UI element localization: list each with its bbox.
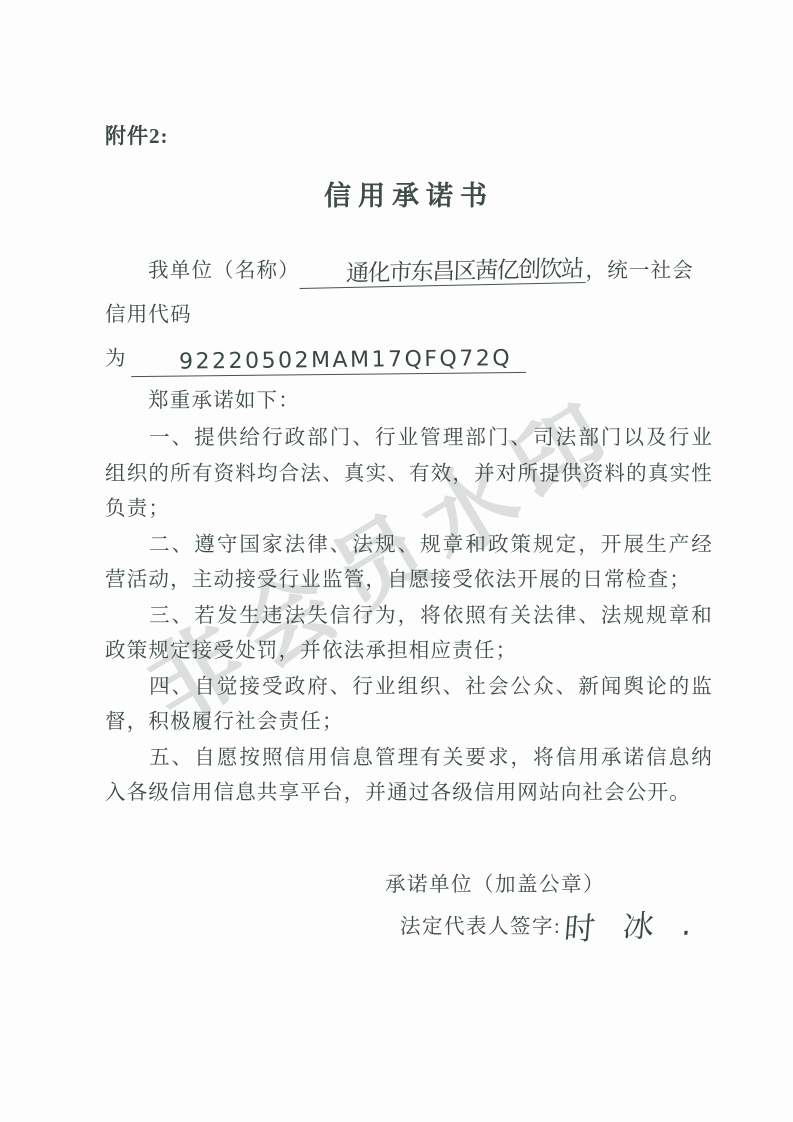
clause-5: 五、自愿按照信用信息管理有关要求，将信用承诺信息纳入各级信用信息共享平台，并通过… [105,741,713,812]
clause-2: 二、遵守国家法律、法规、规章和政策规定，开展生产经营活动，主动接受行业监管，自愿… [105,528,713,599]
credit-code-handwritten: 92220502MAM17QFQ72Q [131,348,526,377]
signature-block: 承诺单位（加盖公章） 法定代表人签字:时 冰 . [385,867,713,943]
signature-unit-line: 承诺单位（加盖公章） [385,867,713,897]
legal-rep-signature-handwritten: 时 冰 . [563,908,702,945]
clause-3: 三、若发生违法失信行为，将依照有关法律、法规规章和政策规定接受处罚，并依法承担相… [105,599,713,670]
company-name-handwritten: 通化市东昌区茜亿创饮站 [300,258,586,289]
intro-prefix: 我单位（名称） [148,260,300,282]
document-page: 非会员水印 附件2: 信用承诺书 我单位（名称）通化市东昌区茜亿创饮站，统一社会… [0,0,793,1122]
clause-4: 四、自觉接受政府、行业组织、社会公众、新闻舆论的监督，积极履行社会责任； [105,670,713,741]
document-title: 信用承诺书 [105,174,713,213]
clause-1: 一、提供给行政部门、行业管理部门、司法部门以及行业组织的所有资料均合法、真实、有… [105,421,713,528]
pledge-lead: 郑重承诺如下： [105,381,713,421]
document-content: 附件2: 信用承诺书 我单位（名称）通化市东昌区茜亿创饮站，统一社会信用代码为9… [105,120,713,943]
intro-paragraph: 我单位（名称）通化市东昌区茜亿创饮站，统一社会信用代码为92220502MAM1… [105,249,713,381]
signature-line: 法定代表人签字:时 冰 . [400,909,713,943]
attachment-label: 附件2: [105,120,713,150]
signature-label: 法定代表人签字: [400,916,561,938]
code-prefix: 为 [105,348,127,370]
